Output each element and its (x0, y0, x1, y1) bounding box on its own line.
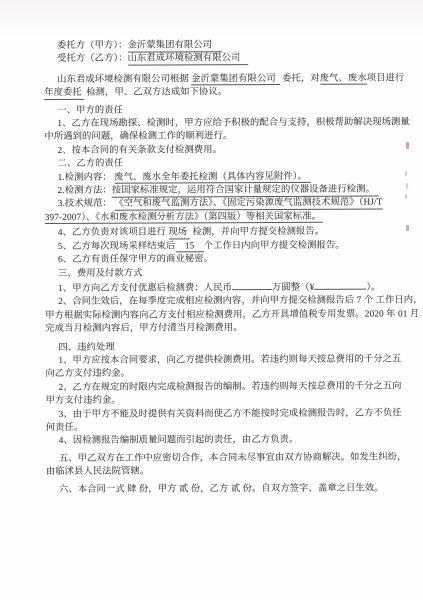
contract-line: 4、因检测报告编制质量问题而引起的责任，由乙方负责。 (46, 434, 398, 449)
contract-text: 向乙方支付违约金。 (45, 369, 130, 379)
contract-text: 2、合同生效后，在每季度完成相应检测内容，并向甲方提交检测报告后 7 个 工作日… (58, 296, 423, 308)
contract-line: 397-2007）、《水和废水检测分析方法》（第四版）等相关国家标准。 (45, 210, 397, 225)
contract-text: 二、乙方的责任 (58, 159, 124, 169)
red-seal-mark (405, 171, 407, 176)
red-seal-mark (406, 142, 409, 149)
underlined-fill-in: 废气、废水 (320, 73, 367, 85)
scanned-contract-page: 委托方（甲方）：金沂蒙集团有限公司受托方（乙方）：山东君成环境检测有限公司山东君… (0, 0, 423, 600)
contract-text: 甲方支付违约金。 (46, 396, 121, 406)
underlined-fill-in: 废气、废水全年委托检测（具体内容见附件）。 (114, 171, 311, 183)
contract-text: 4、乙方负责对该项目进行 (58, 228, 169, 238)
contract-text: 五、甲乙双方在工作中应密切合作，本合同未尽事宜由双方协商解决。如发生纠纷， (59, 452, 407, 464)
contract-line: 2、乙方在规定的时限内完成检测报告的编制。若违约则每天按总费用的千分之五向 (45, 380, 397, 395)
red-seal-mark (405, 194, 407, 199)
underlined-fill-in (232, 280, 272, 290)
contract-line: 山东君成环境检测有限公司根据 金沂蒙集团有限公司 委托，对废气、废水项目进行 (44, 72, 396, 87)
contract-line: 五、甲乙双方在工作中应密切合作，本合同未尽事宜由双方协商解决。如发生纠纷， (46, 451, 398, 466)
contract-text: 1、甲方向乙方支付优惠后检测费：人民币 (58, 283, 232, 294)
contract-line: 由临沭县人民法院管辖。 (46, 465, 398, 480)
contract-text: 三、费用及付款方式 (58, 268, 143, 278)
contract-text: 受托方（乙方）： (57, 54, 128, 64)
contract-text: 委托方（甲方）： (57, 41, 128, 51)
contract-text: ）。 (366, 282, 380, 292)
contract-line: 5、乙方每次现场采样结束后 15 个工作日内向甲方提交检测报告。 (45, 239, 397, 254)
underlined-fill-in: 按国家标准规定，运用符合国家计量规定的仪器设备进行检测。 (112, 185, 379, 198)
contract-text: 完成当月检测内容后，甲方付清当月检测费用。 (45, 323, 242, 334)
contract-text: 四、违约处理 (58, 342, 114, 352)
contract-text: 3、由于甲方不能及时提供有关资料而使乙方不能按时完成检测报告时，乙方不负任 (59, 408, 402, 419)
contract-text: 何责任。 (46, 423, 84, 433)
contract-text: 项目进行 (367, 73, 405, 83)
underlined-fill-in: 现场 (168, 228, 190, 240)
underlined-fill-in (314, 280, 366, 290)
contract-text: 1、乙方在现场勘探、检测时，甲方应给予积极的配合与支持，积极帮助解决现场测量 (57, 117, 409, 129)
contract-text: 六、本合同一式 肆 份，甲方 贰 份，乙方 贰 份。自双方签字、盖章之日生效。 (59, 483, 384, 494)
contract-text: 检测，并向甲方提交检测报告。 (190, 227, 324, 238)
contract-text: 1、甲方应按本合同要求，向乙方提供检测费用。若违约则每天按总费用的千分之五 (58, 354, 401, 365)
underlined-fill-in: 年度委托 (44, 88, 84, 100)
contract-line: 受托方（乙方）：山东君成环境检测有限公司 (44, 52, 396, 67)
underlined-fill-in: 山东君成环境检测有限公司 (128, 54, 249, 66)
contract-text: 4、因检测报告编制质量问题而引起的责任，由乙方负责。 (59, 435, 299, 446)
contract-text: 山东君成环境检测有限公司根据 (57, 74, 191, 85)
contract-body: 委托方（甲方）：金沂蒙集团有限公司受托方（乙方）：山东君成环境检测有限公司山东君… (44, 38, 398, 497)
underlined-fill-in: 金沂蒙集团有限公司 (128, 40, 223, 52)
underlined-fill-in: 《空气和废气监测方法》、《固定污染源废气监测技术规范》（HJ/T (114, 198, 382, 211)
contract-text: 2、按本合同的有关条款支付检测费用。 (57, 145, 222, 156)
contract-text: 2.检测方法： (58, 186, 112, 196)
contract-text: 3.技术规范： (58, 199, 115, 209)
contract-line: 六、本合同一式 肆 份，甲方 贰 份，乙方 贰 份。自双方签字、盖章之日生效。 (46, 482, 398, 497)
contract-text: 中所遇到的问题，确保检测工作的顺利进行。 (44, 132, 232, 143)
contract-line: 甲方根据实际检测内容向乙方支付相应检测费用，乙方开具增值税专用发票。2020 年… (45, 308, 397, 323)
contract-line: 2、合同生效后，在每季度完成相应检测内容，并向甲方提交检测报告后 7 个 工作日… (45, 295, 397, 310)
contract-line: 1、甲方应按本合同要求，向乙方提供检测费用。若违约则每天按总费用的千分之五 (45, 353, 397, 368)
scan-tint-artifact (0, 0, 423, 36)
underlined-fill-in: 397-2007）、《水和废水检测分析方法》（第四版）等相关国家标准。 (45, 212, 323, 225)
contract-line: 年度委托 检测，甲、乙双方达成如下协议。 (44, 86, 396, 101)
contract-text: 委托，对 (280, 74, 320, 84)
contract-text: 5、乙方每次现场采样结束后 (58, 241, 176, 252)
contract-text: 由临沭县人民法院管辖。 (46, 467, 149, 477)
contract-line: 完成当月检测内容后，甲方付清当月检测费用。 (45, 322, 397, 337)
contract-text: 6、乙方有责任保守甲方的商业秘密。 (58, 254, 213, 265)
contract-text: 万圆整（¥ (272, 283, 314, 293)
contract-line: 3.技术规范： 《空气和废气监测方法》、《固定污染源废气监测技术规范》（HJ/T (45, 197, 397, 212)
contract-text: 1.检测内容： (58, 172, 115, 182)
contract-line: 3、由于甲方不能及时提供有关资料而使乙方不能按时完成检测报告时，乙方不负任 (46, 407, 398, 422)
contract-line: 1、甲方向乙方支付优惠后检测费：人民币万圆整（¥）。 (45, 279, 397, 296)
contract-text: 个工作日内向甲方提交检测报告。 (204, 240, 345, 251)
contract-text: 一、甲方的责任 (57, 105, 123, 115)
red-seal-mark (406, 183, 408, 189)
contract-text: 检测，甲、乙双方达成如下协议。 (84, 87, 227, 98)
contract-text: 甲方根据实际检测内容向乙方支付相应检测费用，乙方开具增值税专用发票。2020 年… (45, 309, 419, 321)
underlined-fill-in: 15 (175, 241, 203, 253)
contract-line: 1、乙方在现场勘探、检测时，甲方应给予积极的配合与支持，积极帮助解决现场测量 (44, 116, 396, 131)
contract-text: 2、乙方在规定的时限内完成检测报告的编制。若违约则每天按总费用的千分之五向 (58, 381, 401, 392)
underlined-fill-in: 金沂蒙集团有限公司 (191, 74, 280, 86)
red-seal-mark (406, 225, 409, 231)
